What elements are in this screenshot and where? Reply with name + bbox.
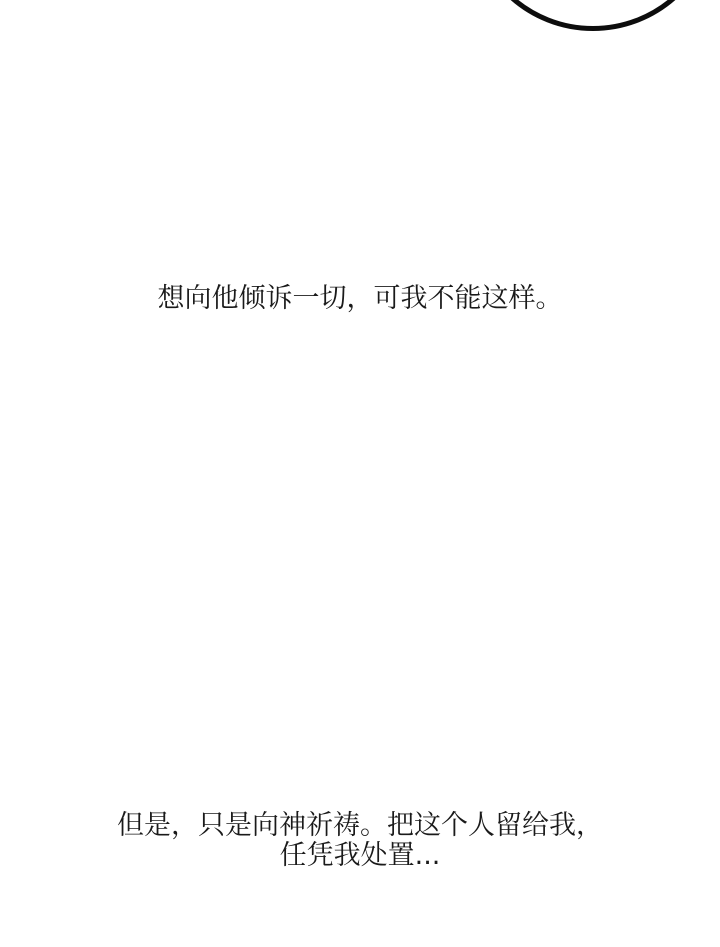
narration-bottom-line2: 任凭我处置... bbox=[0, 841, 720, 871]
narration-middle: 想向他倾诉一切，可我不能这样。 bbox=[0, 283, 720, 314]
narration-bottom: 但是，只是向神祈祷。把这个人留给我， 任凭我处置... bbox=[0, 811, 720, 871]
comic-page: 想向他倾诉一切，可我不能这样。 但是，只是向神祈祷。把这个人留给我， 任凭我处置… bbox=[0, 0, 720, 947]
narration-bottom-line1: 但是，只是向神祈祷。把这个人留给我， bbox=[0, 811, 720, 841]
speech-bubble-arc bbox=[468, 0, 718, 31]
